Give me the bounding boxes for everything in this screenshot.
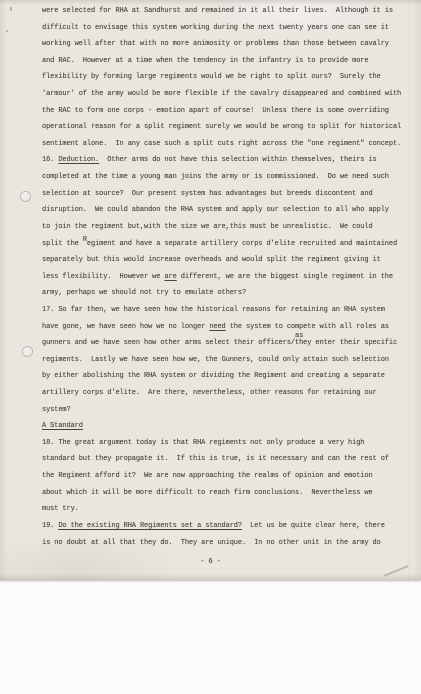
text-line: completed at the time a young man joins … xyxy=(42,169,414,186)
text-segment: to join the regiment but,with the size w… xyxy=(42,223,373,231)
text-line: were selected for RHA at Sandhurst and r… xyxy=(42,3,414,20)
text-segment: egiment and have a separate artillery co… xyxy=(87,240,397,248)
text-line: 19. Do the existing RHA Regiments set a … xyxy=(42,518,414,535)
text-line: disruption. We could abandon the RHA sys… xyxy=(42,202,414,219)
text-line: operational reason for a split regiment … xyxy=(42,119,414,136)
text-line: A Standard xyxy=(42,418,414,435)
underlined-text: A Standard xyxy=(42,422,83,430)
page-number: - 6 - xyxy=(0,558,421,566)
text-line: army, perhaps we should not try to emula… xyxy=(42,285,414,302)
text-segment: 19. xyxy=(42,522,58,530)
paper-speck xyxy=(6,30,8,32)
text-segment: and RAC. However at a time when the tend… xyxy=(42,57,368,65)
text-line: system? xyxy=(42,402,414,419)
text-segment: they enter their specific xyxy=(295,339,397,347)
text-line: working well after that with no more ani… xyxy=(42,36,414,53)
text-line: the RAC to form one corps - emotion apar… xyxy=(42,103,414,120)
text-line: selection at source? Our present system … xyxy=(42,186,414,203)
typewritten-text: were selected for RHA at Sandhurst and r… xyxy=(42,3,414,551)
underlined-text: Do the existing RHA Regiments set a stan… xyxy=(58,522,242,530)
text-line: sentiment alone. In any case such a spli… xyxy=(42,136,414,153)
text-line: regiments. Lastly we have seen how we, t… xyxy=(42,352,414,369)
text-segment: army, perhaps we should not try to emula… xyxy=(42,289,246,297)
text-segment: less flexibility. However we xyxy=(42,273,164,281)
text-segment: is no doubt at all that they do. They ar… xyxy=(42,539,381,547)
text-segment: artillery corps d'elite. Are there, neve… xyxy=(42,389,377,397)
text-segment: operational reason for a split regiment … xyxy=(42,123,401,131)
text-segment: 16. xyxy=(42,156,58,164)
text-line: to join the regiment but,with the size w… xyxy=(42,219,414,236)
text-segment: Let us be quite clear here, there xyxy=(242,522,385,530)
text-segment: working well after that with no more ani… xyxy=(42,40,389,48)
text-segment: 17. So far then, we have seen how the hi… xyxy=(42,306,385,314)
text-line: split the Regiment and have a separate a… xyxy=(42,236,414,253)
text-line: less flexibility. However we are differe… xyxy=(42,269,414,286)
text-segment: by either abolishing the RHA system or d… xyxy=(42,372,385,380)
text-segment: disruption. We could abandon the RHA sys… xyxy=(42,206,389,214)
text-segment: must try. xyxy=(42,505,79,513)
text-line: and RAC. However at a time when the tend… xyxy=(42,53,414,70)
text-segment: Other arms do not have this selection wi… xyxy=(99,156,377,164)
text-line: 16. Deduction. Other arms do not have th… xyxy=(42,152,414,169)
text-segment: the Regiment afford it? We are now appro… xyxy=(42,472,373,480)
text-segment: 'armour' of the army would be more flexi… xyxy=(42,90,401,98)
text-line: 17. So far then, we have seen how the hi… xyxy=(42,302,414,319)
text-line: artillery corps d'elite. Are there, neve… xyxy=(42,385,414,402)
text-segment: completed at the time a young man joins … xyxy=(42,173,389,181)
document-page: were selected for RHA at Sandhurst and r… xyxy=(0,0,421,580)
text-line: must try. xyxy=(42,501,414,518)
text-line: 18. The great argument today is that RHA… xyxy=(42,435,414,452)
text-segment: separately but this would increase overh… xyxy=(42,256,381,264)
corner-fold-mark xyxy=(384,565,409,576)
text-line: have gone, we have seen how we no longer… xyxy=(42,319,414,336)
text-segment: have gone, we have seen how we no longer xyxy=(42,323,209,331)
text-segment: standard but they propagate it. If this … xyxy=(42,455,389,463)
text-line: standard but they propagate it. If this … xyxy=(42,451,414,468)
text-segment: difficult to envisage this system workin… xyxy=(42,24,389,32)
text-line: by either abolishing the RHA system or d… xyxy=(42,368,414,385)
text-line: 'armour' of the army would be more flexi… xyxy=(42,86,414,103)
text-segment: 18. The great argument today is that RHA… xyxy=(42,439,364,447)
text-segment: split the xyxy=(42,240,83,248)
text-line: separately but this would increase overh… xyxy=(42,252,414,269)
text-line: is no doubt at all that they do. They ar… xyxy=(42,535,414,552)
text-line: about which it will be more difficult to… xyxy=(42,485,414,502)
text-segment: flexibility by forming large regiments w… xyxy=(42,73,381,81)
text-segment: different, we are the biggest single reg… xyxy=(177,273,393,281)
text-segment: about which it will be more difficult to… xyxy=(42,489,373,497)
punch-hole-top xyxy=(20,191,31,202)
text-segment: the RAC to form one corps - emotion apar… xyxy=(42,107,389,115)
text-line: flexibility by forming large regiments w… xyxy=(42,69,414,86)
underlined-text: need xyxy=(209,323,225,331)
text-segment: system? xyxy=(42,406,71,414)
text-line: the Regiment afford it? We are now appro… xyxy=(42,468,414,485)
raised-correction: R xyxy=(83,236,87,244)
text-segment: selection at source? Our present system … xyxy=(42,190,373,198)
paper-speck xyxy=(10,7,12,11)
text-segment: gunners and we have seen how other arms … xyxy=(42,339,295,347)
underlined-text: are xyxy=(164,273,176,281)
text-segment: the system to compete with all roles as xyxy=(226,323,389,331)
punch-hole-bottom xyxy=(22,346,33,357)
text-segment: were selected for RHA at Sandhurst and r… xyxy=(42,7,393,15)
text-line: gunners and we have seen how other arms … xyxy=(42,335,414,352)
text-line: difficult to envisage this system workin… xyxy=(42,20,414,37)
text-segment: sentiment alone. In any case such a spli… xyxy=(42,140,401,148)
underlined-text: Deduction. xyxy=(58,156,99,164)
text-segment: regiments. Lastly we have seen how we, t… xyxy=(42,356,389,364)
